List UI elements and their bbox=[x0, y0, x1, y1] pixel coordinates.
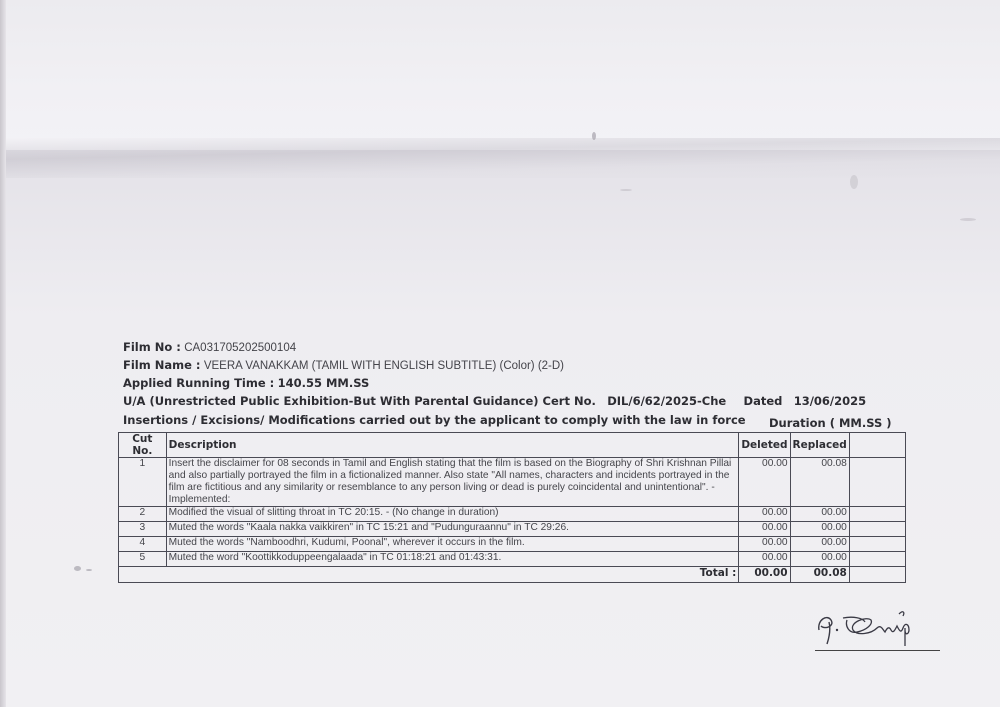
cut-description: Muted the word "Koottikkoduppeengalaada"… bbox=[166, 552, 739, 567]
header-description: Description bbox=[166, 433, 739, 458]
insertions-heading: Insertions / Excisions/ Modifications ca… bbox=[123, 413, 746, 427]
paper-left-edge bbox=[0, 0, 6, 707]
table-row: 1 Insert the disclaimer for 08 seconds i… bbox=[119, 458, 906, 507]
scan-smudge bbox=[620, 189, 632, 191]
replaced-duration: 00.00 bbox=[790, 507, 849, 522]
blank-cell bbox=[849, 552, 905, 567]
cut-description: Muted the words "Namboodhri, Kudumi, Poo… bbox=[166, 537, 739, 552]
total-replaced: 00.08 bbox=[790, 567, 849, 583]
film-name-label: Film Name : bbox=[123, 358, 201, 372]
header-deleted: Deleted bbox=[739, 433, 790, 458]
replaced-duration: 00.00 bbox=[790, 552, 849, 567]
cut-description: Insert the disclaimer for 08 seconds in … bbox=[166, 458, 739, 507]
table-row: 5 Muted the word "Koottikkoduppeengalaad… bbox=[119, 552, 906, 567]
deleted-duration: 00.00 bbox=[739, 458, 790, 507]
scan-smudge bbox=[74, 566, 81, 571]
signature-icon bbox=[813, 600, 933, 648]
replaced-duration: 00.00 bbox=[790, 537, 849, 552]
scan-smudge bbox=[86, 569, 92, 571]
modifications-table: Cut No. Description Deleted Replaced 1 I… bbox=[118, 432, 906, 583]
scan-smudge bbox=[850, 175, 858, 189]
certificate-row: U/A (Unrestricted Public Exhibition-But … bbox=[123, 394, 866, 408]
blank-cell bbox=[849, 567, 905, 583]
insertions-heading-row: Insertions / Excisions/ Modifications ca… bbox=[123, 413, 746, 427]
table-row: 2 Modified the visual of slitting throat… bbox=[119, 507, 906, 522]
film-number-value: CA031705202500104 bbox=[184, 342, 296, 354]
paper-fold-shadow bbox=[0, 138, 1000, 178]
duration-heading: Duration ( MM.SS ) bbox=[769, 416, 892, 430]
cut-number: 4 bbox=[119, 537, 167, 552]
certificate-number: DIL/6/62/2025-Che bbox=[607, 394, 726, 408]
scanned-page-top-flap bbox=[0, 0, 1000, 150]
film-name-value: VEERA VANAKKAM (TAMIL WITH ENGLISH SUBTI… bbox=[204, 360, 564, 372]
header-cut-no: Cut No. bbox=[119, 433, 167, 458]
cut-number: 1 bbox=[119, 458, 167, 507]
cut-description: Modified the visual of slitting throat i… bbox=[166, 507, 739, 522]
blank-cell bbox=[849, 507, 905, 522]
cut-number: 3 bbox=[119, 522, 167, 537]
scan-smudge bbox=[960, 218, 976, 221]
dated-label: Dated bbox=[744, 394, 783, 408]
cut-number: 5 bbox=[119, 552, 167, 567]
certificate-category: U/A (Unrestricted Public Exhibition-But … bbox=[123, 394, 596, 408]
running-time-value: 140.55 MM.SS bbox=[278, 376, 370, 390]
replaced-duration: 00.00 bbox=[790, 522, 849, 537]
film-name-row: Film Name : VEERA VANAKKAM (TAMIL WITH E… bbox=[123, 358, 564, 372]
cut-description: Muted the words "Kaala nakka vaikkiren" … bbox=[166, 522, 739, 537]
running-time-row: Applied Running Time : 140.55 MM.SS bbox=[123, 376, 369, 390]
deleted-duration: 00.00 bbox=[739, 537, 790, 552]
blank-cell bbox=[849, 458, 905, 507]
film-number-label: Film No : bbox=[123, 340, 181, 354]
blank-cell bbox=[849, 522, 905, 537]
film-number-row: Film No : CA031705202500104 bbox=[123, 340, 296, 354]
header-blank bbox=[849, 433, 905, 458]
scan-smudge bbox=[592, 132, 596, 140]
header-replaced: Replaced bbox=[790, 433, 849, 458]
running-time-label: Applied Running Time : bbox=[123, 376, 274, 390]
total-row: Total : 00.00 00.08 bbox=[119, 567, 906, 583]
deleted-duration: 00.00 bbox=[739, 507, 790, 522]
cut-number: 2 bbox=[119, 507, 167, 522]
blank-cell bbox=[849, 537, 905, 552]
certificate-date: 13/06/2025 bbox=[794, 394, 866, 408]
table-row: 3 Muted the words "Kaala nakka vaikkiren… bbox=[119, 522, 906, 537]
signature-line bbox=[815, 650, 940, 651]
deleted-duration: 00.00 bbox=[739, 522, 790, 537]
total-deleted: 00.00 bbox=[739, 567, 790, 583]
table-header-row: Cut No. Description Deleted Replaced bbox=[119, 433, 906, 458]
table-row: 4 Muted the words "Namboodhri, Kudumi, P… bbox=[119, 537, 906, 552]
replaced-duration: 00.08 bbox=[790, 458, 849, 507]
deleted-duration: 00.00 bbox=[739, 552, 790, 567]
total-label: Total : bbox=[119, 567, 739, 583]
